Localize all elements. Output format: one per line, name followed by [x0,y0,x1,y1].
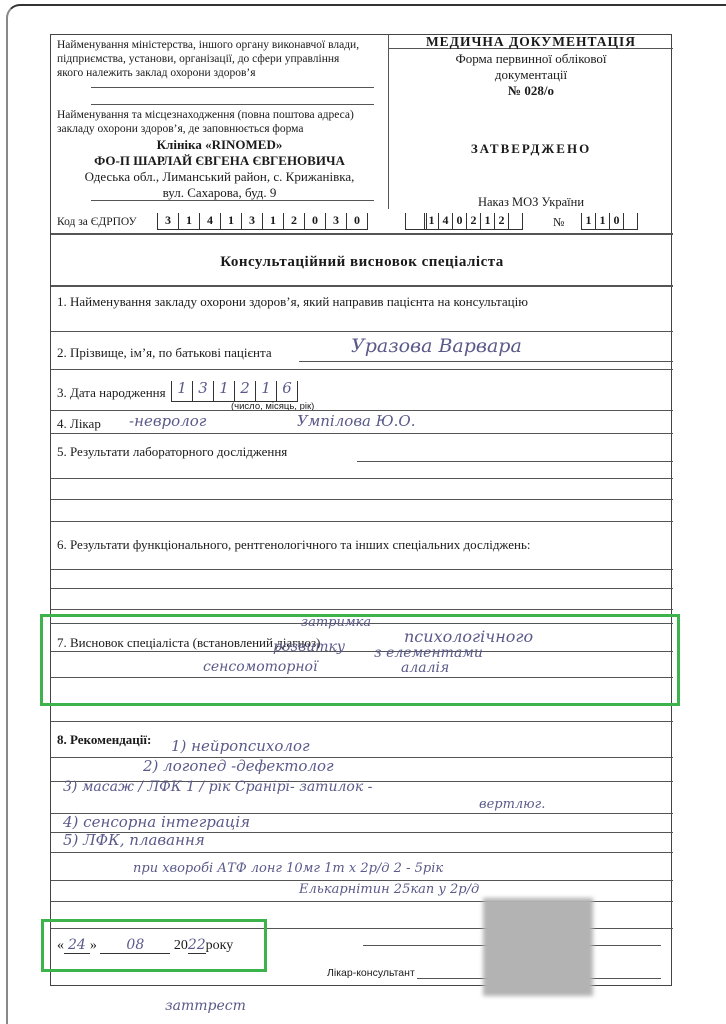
field4-label: 4. Лікар [57,416,101,432]
field2-bottom [51,369,673,370]
edrpou-digit-2: 4 [199,213,220,230]
birthdate-digit-1: 3 [192,381,213,402]
address-line [91,200,374,201]
field2-label: 2. Прізвище, ім’я, по батькові пацієнта [57,345,272,361]
ministry-label-1: Найменування міністерства, іншого органу… [57,39,359,51]
redacted-signature [483,898,593,996]
ministry-label-3: якого належить заклад охорони здоров’я [57,67,256,79]
title-top-rule [51,233,673,235]
doctor-specialty[interactable]: -невролог [129,412,206,430]
order-date-digit-4: 1 [480,213,494,230]
approved-label: ЗАТВЕРДЖЕНО [389,141,673,157]
recommendation-6[interactable]: при хворобі АТФ лонг 10мг 1т х 2р/д 2 - … [133,861,443,876]
recommendation-2[interactable]: 2) логопед -дефектолог [143,757,334,775]
order-date-digit-5: 2 [494,213,508,230]
order-no-label: № [553,215,564,230]
birthdate-digit-0: 1 [171,381,192,402]
order-date-digit-0: 1 [424,213,438,230]
ministry-line-1 [91,87,374,88]
recommendation-7[interactable]: Елькарнітин 25кап у 2р/д [299,882,479,897]
form-line-1: Форма первинної облікової [389,51,673,67]
field5-line [357,461,673,462]
recommendation-5[interactable]: 5) ЛФК, плавання [63,831,205,849]
edrpou-digit-8: 3 [325,213,346,230]
order-no-digit-0: 1 [581,213,595,230]
clinic-address-2: вул. Сахарова, буд. 9 [57,185,382,201]
field3-label: 3. Дата народження [57,385,166,401]
edrpou-label: Код за ЄДРПОУ [57,216,137,228]
field5-line3 [51,499,673,500]
highlight-diagnosis [40,614,680,706]
field2-line [299,361,673,362]
doctor-name[interactable]: Умпілова Ю.О. [297,412,416,430]
field8-line5 [51,852,673,853]
order-no-boxes: 110 [581,213,638,230]
field6-line1 [51,569,673,570]
field6-label: 6. Результати функціонального, рентгенол… [57,537,531,553]
field4-bottom [51,433,673,434]
order-no-digit-2: 0 [609,213,623,230]
birthdate-boxes[interactable]: 131216 [171,381,298,402]
birthdate-digit-3: 2 [234,381,255,402]
edrpou-digit-3: 1 [220,213,241,230]
form-frame: Найменування міністерства, іншого органу… [50,34,672,986]
edrpou-digit-5: 1 [262,213,283,230]
title-bottom-rule [51,285,673,287]
field8-label: 8. Рекомендації: [57,732,151,748]
recommendation-3b[interactable]: вертлюг. [479,797,545,812]
order-date-boxes: 140212 [424,213,523,230]
recommendation-1[interactable]: 1) нейропсихолог [171,737,310,755]
birthdate-digit-2: 1 [213,381,234,402]
field8-line6 [51,880,673,881]
below-note: заттрест [165,998,246,1014]
field6-line2 [51,588,673,589]
med-doc-title: МЕДИЧНА ДОКУМЕНТАЦІЯ [389,34,673,50]
field1-label: 1. Найменування закладу охорони здоров’я… [57,294,528,310]
field5-line2 [51,478,673,479]
birthdate-digit-4: 1 [255,381,276,402]
field5-line4 [51,521,673,522]
edrpou-digit-4: 3 [241,213,262,230]
recommendation-4[interactable]: 4) сенсорна інтеграція [63,813,250,831]
field6-line3 [51,609,673,610]
patient-name[interactable]: Уразова Варвара [351,335,522,357]
birthdate-digit-5: 6 [276,381,298,402]
order-date-digit-3: 2 [466,213,480,230]
field8-top [51,721,673,722]
ministry-line-2 [91,104,374,105]
institution-label-2: закладу охорони здоров’я, де заповнюєтьс… [57,123,303,135]
order-no-digit-3 [623,213,638,230]
edrpou-digit-7: 0 [304,213,325,230]
form-line-2: документації [389,67,673,83]
edrpou-digit-9: 0 [346,213,368,230]
field5-label: 5. Результати лабораторного дослідження [57,444,287,460]
recommendation-3[interactable]: 3) масаж / ЛФК 1 / рік Сранірі- затилок … [63,779,372,795]
order-label: Наказ МОЗ України [389,195,673,210]
order-date-digit-2: 0 [452,213,466,230]
field3-bottom [51,410,673,411]
edrpou-digit-1: 1 [178,213,199,230]
order-date-digit-6 [508,213,523,230]
clinic-address-1: Одеська обл., Лиманський район, с. Крижа… [57,169,382,185]
document-title: Консультаційний висновок спеціаліста [51,254,673,271]
order-date-digit-1: 4 [438,213,452,230]
clinic-owner: ФО-П ШАРЛАЙ ЄВГЕНА ЄВГЕНОВИЧА [57,153,382,169]
field1-line [51,331,673,332]
edrpou-boxes: 3141312030 [157,213,368,230]
form-number: № 028/о [389,83,673,99]
edrpou-digit-0: 3 [157,213,178,230]
highlight-date [41,919,267,972]
edrpou-digit-6: 2 [283,213,304,230]
clinic-name: Клініка «RINOMED» [57,137,382,153]
institution-label-1: Найменування та місцезнаходження (повна … [57,109,354,121]
ministry-label-2: підприємства, установи, організації, до … [57,53,339,65]
order-no-digit-1: 1 [595,213,609,230]
signature-label: Лікар-консультант [327,967,415,979]
